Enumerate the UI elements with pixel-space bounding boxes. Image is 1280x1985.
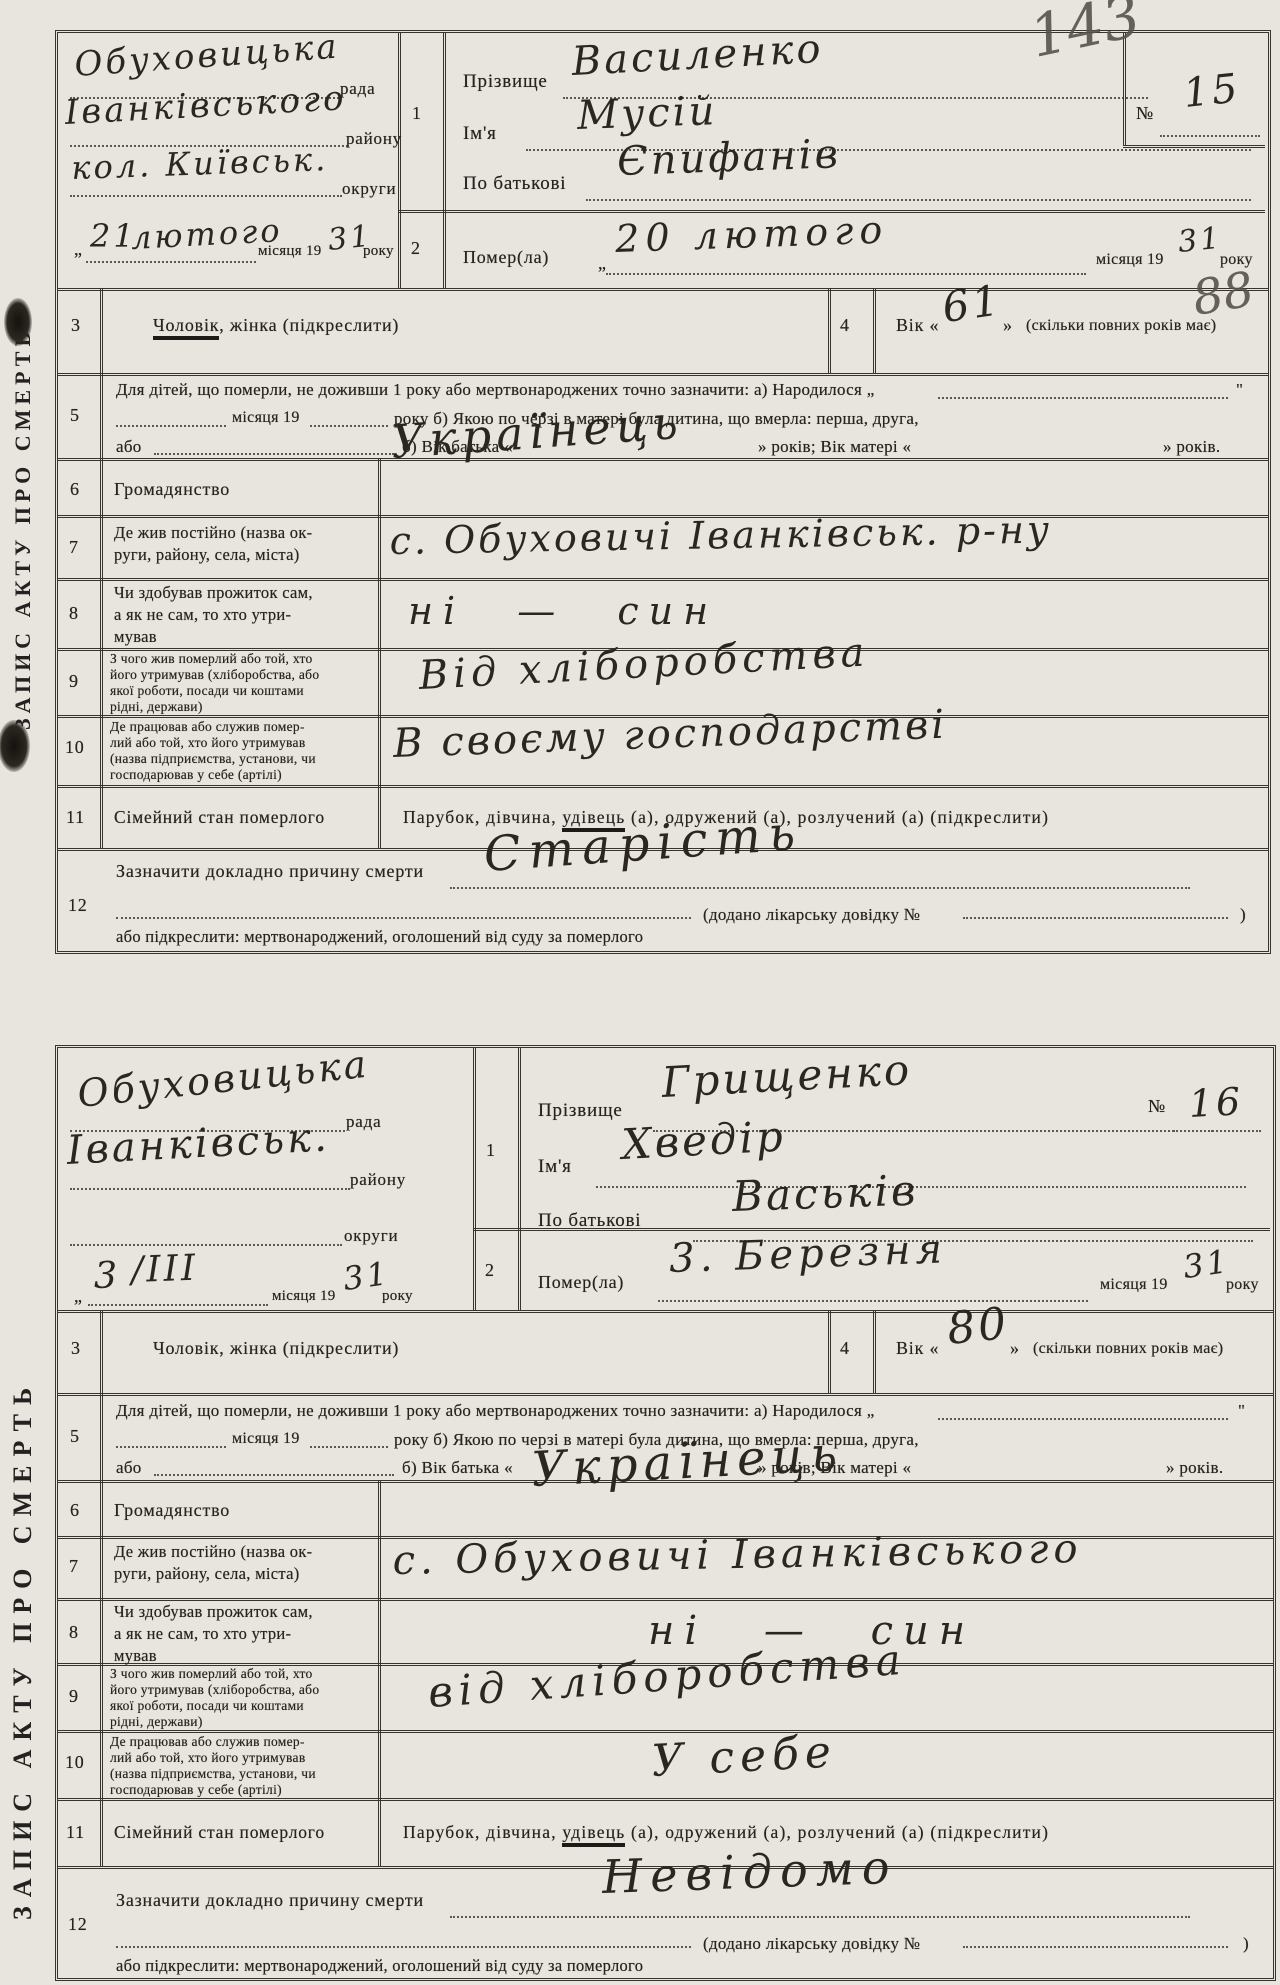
cause-value: Невідомо: [601, 1840, 898, 1904]
row10-numcol: [100, 715, 103, 785]
row12-bottom-note: або підкреслити: мертвонароджений, оголо…: [116, 927, 643, 947]
sex-rest: , жінка (підкреслити): [219, 315, 399, 335]
header-col-line-right: [518, 1048, 521, 1310]
name-value: Хведір: [620, 1111, 786, 1169]
workplace-label-l2: лий або той, хто його утримував: [110, 735, 306, 751]
pencil-number: 143: [1024, 0, 1146, 71]
row10-labelcol: [378, 1730, 381, 1798]
surname-value: Василенко: [571, 26, 825, 85]
status-a: Парубок, дівчина,: [403, 1822, 557, 1842]
no-line: [1160, 135, 1260, 137]
surname-value: Грищенко: [660, 1045, 913, 1107]
workplace-label-l1: Де працював або служив помер-: [110, 719, 305, 735]
side-caption-form1: ЗАПИС АКТУ ПРО СМЕРТЬ: [10, 195, 36, 730]
reg-year-value: 31: [341, 1254, 393, 1298]
livelihood-label-l2: його утримував (хліборобства, або: [110, 1682, 319, 1698]
raion-label: району: [346, 129, 402, 149]
ink-blob-bottom: [0, 720, 30, 772]
support-label-l3: мував: [114, 1646, 157, 1666]
row5-line3-abo: або: [116, 437, 142, 457]
residence-label-l1: Де жив постійно (назва ок-: [114, 523, 312, 543]
row5-line3-abo: або: [116, 1458, 142, 1478]
row12-bottom-note: або підкреслити: мертвонароджений, оголо…: [116, 1956, 643, 1976]
patronymic-value: Васьків: [731, 1166, 919, 1221]
cause-line1: [450, 887, 1190, 889]
death-record-form-1: 143 Обуховицька рада Іванківського район…: [55, 30, 1271, 954]
row5-numcol: [100, 1393, 103, 1480]
reg-date-line: [86, 261, 256, 263]
row11-labelcol: [378, 785, 381, 848]
row34-top: [58, 1310, 1273, 1313]
row6-numcol: [100, 458, 103, 515]
reg-day-value: 3: [94, 1256, 120, 1297]
row9-number: 9: [69, 671, 79, 692]
death-year-value: 31: [1181, 1242, 1233, 1286]
age-pencil-mark: 88: [1188, 261, 1258, 327]
row4-numcol-right: [873, 1310, 876, 1393]
cause-line2: [116, 1946, 691, 1948]
reg-date-open-quote: „: [74, 239, 83, 260]
row7-number: 7: [69, 537, 79, 558]
livelihood-label-l4: рідні, держави): [110, 699, 203, 715]
okruha-label: округи: [342, 179, 396, 199]
row11-labelcol: [378, 1798, 381, 1866]
row6-number: 6: [70, 479, 80, 500]
row11-number: 11: [66, 1822, 85, 1843]
row4-numcol-right: [873, 288, 876, 373]
row5-number: 5: [70, 1426, 80, 1447]
workplace-label-l3: (назва підприємства, установи, чи: [110, 1766, 316, 1782]
no-label: №: [1148, 1096, 1166, 1117]
reg-date-line: [88, 1304, 268, 1306]
okruha-line: [70, 195, 342, 197]
row8-number: 8: [69, 1622, 79, 1643]
row5-line3-blank: [154, 453, 394, 455]
no-value: 16: [1188, 1079, 1245, 1126]
row5-line3-blank: [154, 1474, 394, 1476]
workplace-label-l4: господарював у себе (артілі): [110, 767, 282, 783]
patronymic-value: Єпифанів: [616, 131, 841, 185]
row7-numcol: [100, 515, 103, 578]
row3-number: 3: [71, 315, 81, 336]
age-tail-label: (скільки повних років має): [1026, 317, 1216, 335]
row8-numcol: [100, 1598, 103, 1663]
status-b: (а), одружений (а), розлучений (а) (підк…: [631, 1822, 1049, 1842]
residence-value: с. Обуховичі Іванківського: [392, 1526, 1083, 1584]
row4-numcol-left: [828, 1310, 831, 1393]
no-box-bottom: [1123, 145, 1265, 148]
row5-line2-misiatsia: місяця 19: [232, 1430, 300, 1448]
family-status-label: Сімейний стан померлого: [114, 807, 325, 828]
patronymic-label: По батькові: [463, 173, 566, 195]
livelihood-value: Від хліборобства: [418, 629, 871, 699]
row10-number: 10: [65, 1752, 85, 1773]
self-support-value: ні — син: [408, 589, 718, 633]
ink-blob-top: [4, 298, 32, 346]
row7-number: 7: [69, 1556, 79, 1577]
death-record-form-2: Обуховицька рада Іванківськ. району окру…: [55, 1045, 1276, 1981]
raion-line: [70, 1188, 350, 1190]
support-label-l1: Чи здобував прожиток сам,: [114, 1602, 313, 1622]
livelihood-label-l4: рідні, держави): [110, 1714, 203, 1730]
row8-number: 8: [69, 603, 79, 624]
reg-month-value: лютого: [130, 211, 283, 257]
row8-numcol: [100, 578, 103, 648]
row6-labelcol: [378, 1480, 381, 1536]
name-label: Ім'я: [538, 1156, 572, 1178]
died-label: Помер(ла): [538, 1272, 624, 1293]
row5-line3-end: » років.: [1166, 1458, 1223, 1478]
age-open-label: Вік «: [896, 1338, 939, 1359]
row5-line2-blank2: [310, 1446, 388, 1448]
livelihood-label-l3: якої роботи, посади чи коштами: [110, 683, 304, 699]
row5-line3-mother: » років; Вік матері «: [758, 437, 911, 457]
row5-top: [58, 1393, 1273, 1396]
support-label-l3: мував: [114, 627, 157, 647]
row4-numcol-left: [828, 288, 831, 373]
no-value: 15: [1181, 65, 1242, 117]
row5-line1-closequote: ": [1238, 1401, 1246, 1421]
row3-numcol: [100, 1310, 103, 1393]
side-caption-form2: ЗАПИС АКТУ ПРО СМЕРТЬ: [8, 1165, 38, 1920]
row34-top: [58, 288, 1268, 291]
row11-number: 11: [66, 807, 85, 828]
row5-line2-blank1: [116, 425, 226, 427]
row5-top: [58, 373, 1268, 376]
reg-date-open-quote: „: [74, 1286, 83, 1307]
row5-line2-blank2: [310, 425, 388, 427]
reg-year-value: 31: [326, 219, 374, 258]
family-status-options: Парубок, дівчина, удівець (а), одружений…: [403, 1822, 1049, 1843]
row3-numcol: [100, 288, 103, 373]
age-value: 61: [939, 275, 1005, 332]
workplace-label-l4: господарював у себе (артілі): [110, 1782, 282, 1798]
died-misiatsia-label: місяця 19: [1096, 251, 1164, 269]
row9-number: 9: [69, 1686, 79, 1707]
death-date-line: [658, 1300, 1088, 1302]
row2-number: 2: [485, 1260, 495, 1281]
livelihood-label-l1: З чого жив померлий або той, хто: [110, 1666, 313, 1682]
age-open-label: Вік «: [896, 315, 939, 336]
citizenship-label: Громадянство: [114, 1500, 230, 1521]
cause-line3: [963, 917, 1228, 919]
row6-labelcol: [378, 458, 381, 515]
row5-line2-misiatsia: місяця 19: [232, 409, 300, 427]
row1-number: 1: [486, 1140, 496, 1161]
cause-label: Зазначити докладно причину смерти: [116, 861, 424, 882]
row11-top: [58, 785, 1268, 788]
row8-labelcol: [378, 1598, 381, 1663]
livelihood-label-l3: якої роботи, посади чи коштами: [110, 1698, 304, 1714]
row5-line1-blank: [938, 1418, 1228, 1420]
header-col-line-left: [473, 1048, 476, 1310]
workplace-label-l3: (назва підприємства, установи, чи: [110, 751, 316, 767]
row6-numcol: [100, 1480, 103, 1536]
row6-top: [58, 458, 1268, 461]
death-date-value: 20 лютого: [614, 207, 888, 261]
age-tail-label: (скільки повних років має): [1033, 1340, 1223, 1358]
row9-numcol: [100, 648, 103, 715]
row7-numcol: [100, 1536, 103, 1598]
row3-number: 3: [71, 1338, 81, 1359]
rada-label: рада: [346, 1112, 381, 1132]
okruha-label: округи: [344, 1226, 398, 1246]
row10-number: 10: [65, 737, 85, 758]
row11-numcol: [100, 1798, 103, 1866]
row10-labelcol: [378, 715, 381, 785]
death-year-value: 31: [1176, 221, 1224, 260]
row8-labelcol: [378, 578, 381, 648]
livelihood-label-l2: його утримував (хліборобства, або: [110, 667, 319, 683]
row8-top: [58, 1598, 1273, 1601]
sex-label: Чоловік, жінка (підкреслити): [153, 1338, 399, 1359]
age-close-quote: »: [1003, 315, 1013, 336]
no-line: [1173, 1130, 1261, 1132]
header-col-line-left: [398, 33, 401, 288]
dodano-label: (додано лікарську довідку №: [703, 905, 920, 925]
row7-labelcol: [378, 515, 381, 578]
row5-line1: Для дітей, що померли, не доживши 1 року…: [116, 380, 875, 400]
support-label-l1: Чи здобував прожиток сам,: [114, 583, 313, 603]
row1-number: 1: [412, 103, 422, 124]
workplace-value: У себе: [650, 1726, 838, 1787]
dodano-label: (додано лікарську довідку №: [703, 1934, 920, 1954]
family-status-label: Сімейний стан померлого: [114, 1822, 325, 1843]
okruha-line: [70, 1244, 342, 1246]
name-line: [596, 1186, 1246, 1188]
row7-labelcol: [378, 1536, 381, 1598]
support-label-l2: а як не сам, то хто утри-: [114, 605, 291, 625]
workplace-label-l2: лий або той, хто його утримував: [110, 1750, 306, 1766]
patronymic-line: [586, 199, 1251, 201]
row9-labelcol: [378, 1663, 381, 1730]
row9-numcol: [100, 1663, 103, 1730]
row11-top: [58, 1798, 1273, 1801]
no-label: №: [1136, 103, 1154, 124]
row2-number: 2: [411, 238, 421, 259]
sex-label: Чоловік, жінка (підкреслити): [153, 315, 399, 336]
row12-number: 12: [68, 895, 88, 916]
row10-top: [58, 1730, 1273, 1733]
surname-label: Прізвище: [538, 1100, 623, 1122]
reg-month-value: /ІІІ: [131, 1248, 199, 1291]
row6-number: 6: [70, 1500, 80, 1521]
row5-line3-end: » років.: [1163, 437, 1220, 457]
patronymic-label: По батькові: [538, 1210, 641, 1232]
row5-line3-father: б) Вік батька «: [402, 1458, 513, 1478]
support-label-l2: а як не сам, то хто утри-: [114, 1624, 291, 1644]
sex-underlined: Чоловік: [153, 315, 219, 340]
row10-numcol: [100, 1730, 103, 1798]
citizenship-label: Громадянство: [114, 479, 230, 500]
cause-label: Зазначити докладно причину смерти: [116, 1890, 424, 1911]
row11-numcol: [100, 785, 103, 848]
death-date-value: 3. Березня: [668, 1226, 947, 1282]
row5-number: 5: [70, 405, 80, 426]
row5-line1-blank: [938, 397, 1228, 399]
reg-misiatsia-label: місяця 19: [272, 1288, 336, 1305]
died-label: Помер(ла): [463, 247, 549, 268]
age-value: 80: [945, 1298, 1012, 1355]
residence-label-l2: руги, району, села, міста): [114, 1564, 300, 1584]
workplace-label-l1: Де працював або служив помер-: [110, 1734, 305, 1750]
row8-top: [58, 578, 1268, 581]
cause-line2: [116, 917, 691, 919]
row5-numcol: [100, 373, 103, 458]
death-date-line: [606, 273, 1086, 275]
row9-labelcol: [378, 648, 381, 715]
row4-number: 4: [840, 315, 850, 336]
okruha-value: кол. Київськ.: [71, 140, 329, 187]
row5-line2-blank1: [116, 1446, 226, 1448]
dodano-close: ): [1243, 1934, 1249, 1954]
village-council-value: Обуховицька: [75, 1042, 371, 1116]
residence-label-l1: Де жив постійно (назва ок-: [114, 1542, 312, 1562]
cause-line3: [963, 1946, 1228, 1948]
died-misiatsia-label: місяця 19: [1100, 1276, 1168, 1294]
died-open-quote: „: [598, 253, 607, 274]
surname-label: Прізвище: [463, 71, 548, 93]
row5-line1-closequote: ": [1236, 380, 1244, 400]
status-underlined: удівець: [562, 1822, 625, 1847]
dodano-close: ): [1240, 905, 1246, 925]
raion-label: району: [350, 1170, 406, 1190]
workplace-value: В своєму господарстві: [392, 702, 947, 767]
name-label: Ім'я: [463, 123, 497, 145]
district-value: Іванківськ.: [66, 1114, 331, 1174]
district-value: Іванківського: [64, 78, 348, 133]
row12-number: 12: [68, 1914, 88, 1935]
header-col-line-right: [443, 33, 446, 288]
cause-line1: [450, 1916, 1190, 1918]
name-value: Мусій: [576, 88, 718, 139]
row5-line1: Для дітей, що померли, не доживши 1 року…: [116, 1401, 875, 1421]
livelihood-label-l1: З чого жив померлий або той, хто: [110, 651, 313, 667]
row4-number: 4: [840, 1338, 850, 1359]
village-council-value: Обуховицька: [73, 27, 341, 85]
residence-label-l2: руги, району, села, міста): [114, 545, 300, 565]
